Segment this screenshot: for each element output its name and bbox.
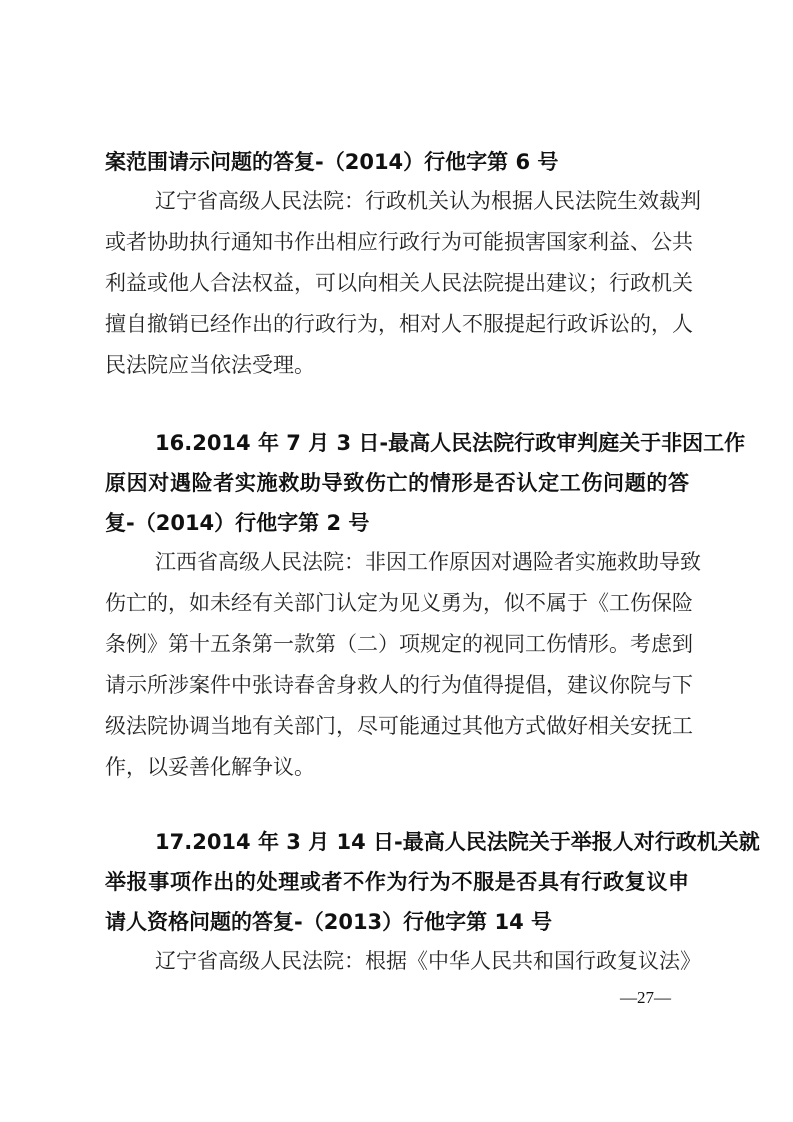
body-line: 作，以妥善化解争议。 — [105, 752, 689, 782]
body-line: 辽宁省高级人民法院：根据《中华人民共和国行政复议法》 — [105, 946, 689, 976]
body-line: 级法院协调当地有关部门，尽可能通过其他方式做好相关安抚工 — [105, 711, 689, 741]
section-heading-line: 16.2014 年 7 月 3 日-最高人民法院行政审判庭关于非因工作 — [105, 428, 689, 458]
body-line: 伤亡的，如未经有关部门认定为见义勇为，似不属于《工伤保险 — [105, 588, 689, 618]
section-heading-line: 17.2014 年 3 月 14 日-最高人民法院关于举报人对行政机关就 — [105, 827, 689, 857]
body-line: 江西省高级人民法院：非因工作原因对遇险者实施救助导致 — [105, 547, 689, 577]
body-line: 擅自撤销已经作出的行政行为，相对人不服提起行政诉讼的，人 — [105, 309, 689, 339]
section-heading-line: 案范围请示问题的答复-（2014）行他字第 6 号 — [105, 147, 689, 177]
body-line: 辽宁省高级人民法院：行政机关认为根据人民法院生效裁判 — [105, 186, 689, 216]
body-line: 利益或他人合法权益，可以向相关人民法院提出建议；行政机关 — [105, 268, 689, 298]
section-heading-line: 举报事项作出的处理或者不作为行为不服是否具有行政复议申 — [105, 867, 689, 897]
body-line: 条例》第十五条第一款第（二）项规定的视同工伤情形。考虑到 — [105, 629, 689, 659]
section-heading-line: 复-（2014）行他字第 2 号 — [105, 508, 689, 538]
body-line: 或者协助执行通知书作出相应行政行为可能损害国家利益、公共 — [105, 227, 689, 257]
section-heading-line: 请人资格问题的答复-（2013）行他字第 14 号 — [105, 907, 689, 937]
body-line: 民法院应当依法受理。 — [105, 350, 689, 380]
page-number: —27— — [620, 988, 671, 1008]
body-line: 请示所涉案件中张诗春舍身救人的行为值得提倡，建议你院与下 — [105, 670, 689, 700]
section-heading-line: 原因对遇险者实施救助导致伤亡的情形是否认定工伤问题的答 — [105, 468, 689, 498]
